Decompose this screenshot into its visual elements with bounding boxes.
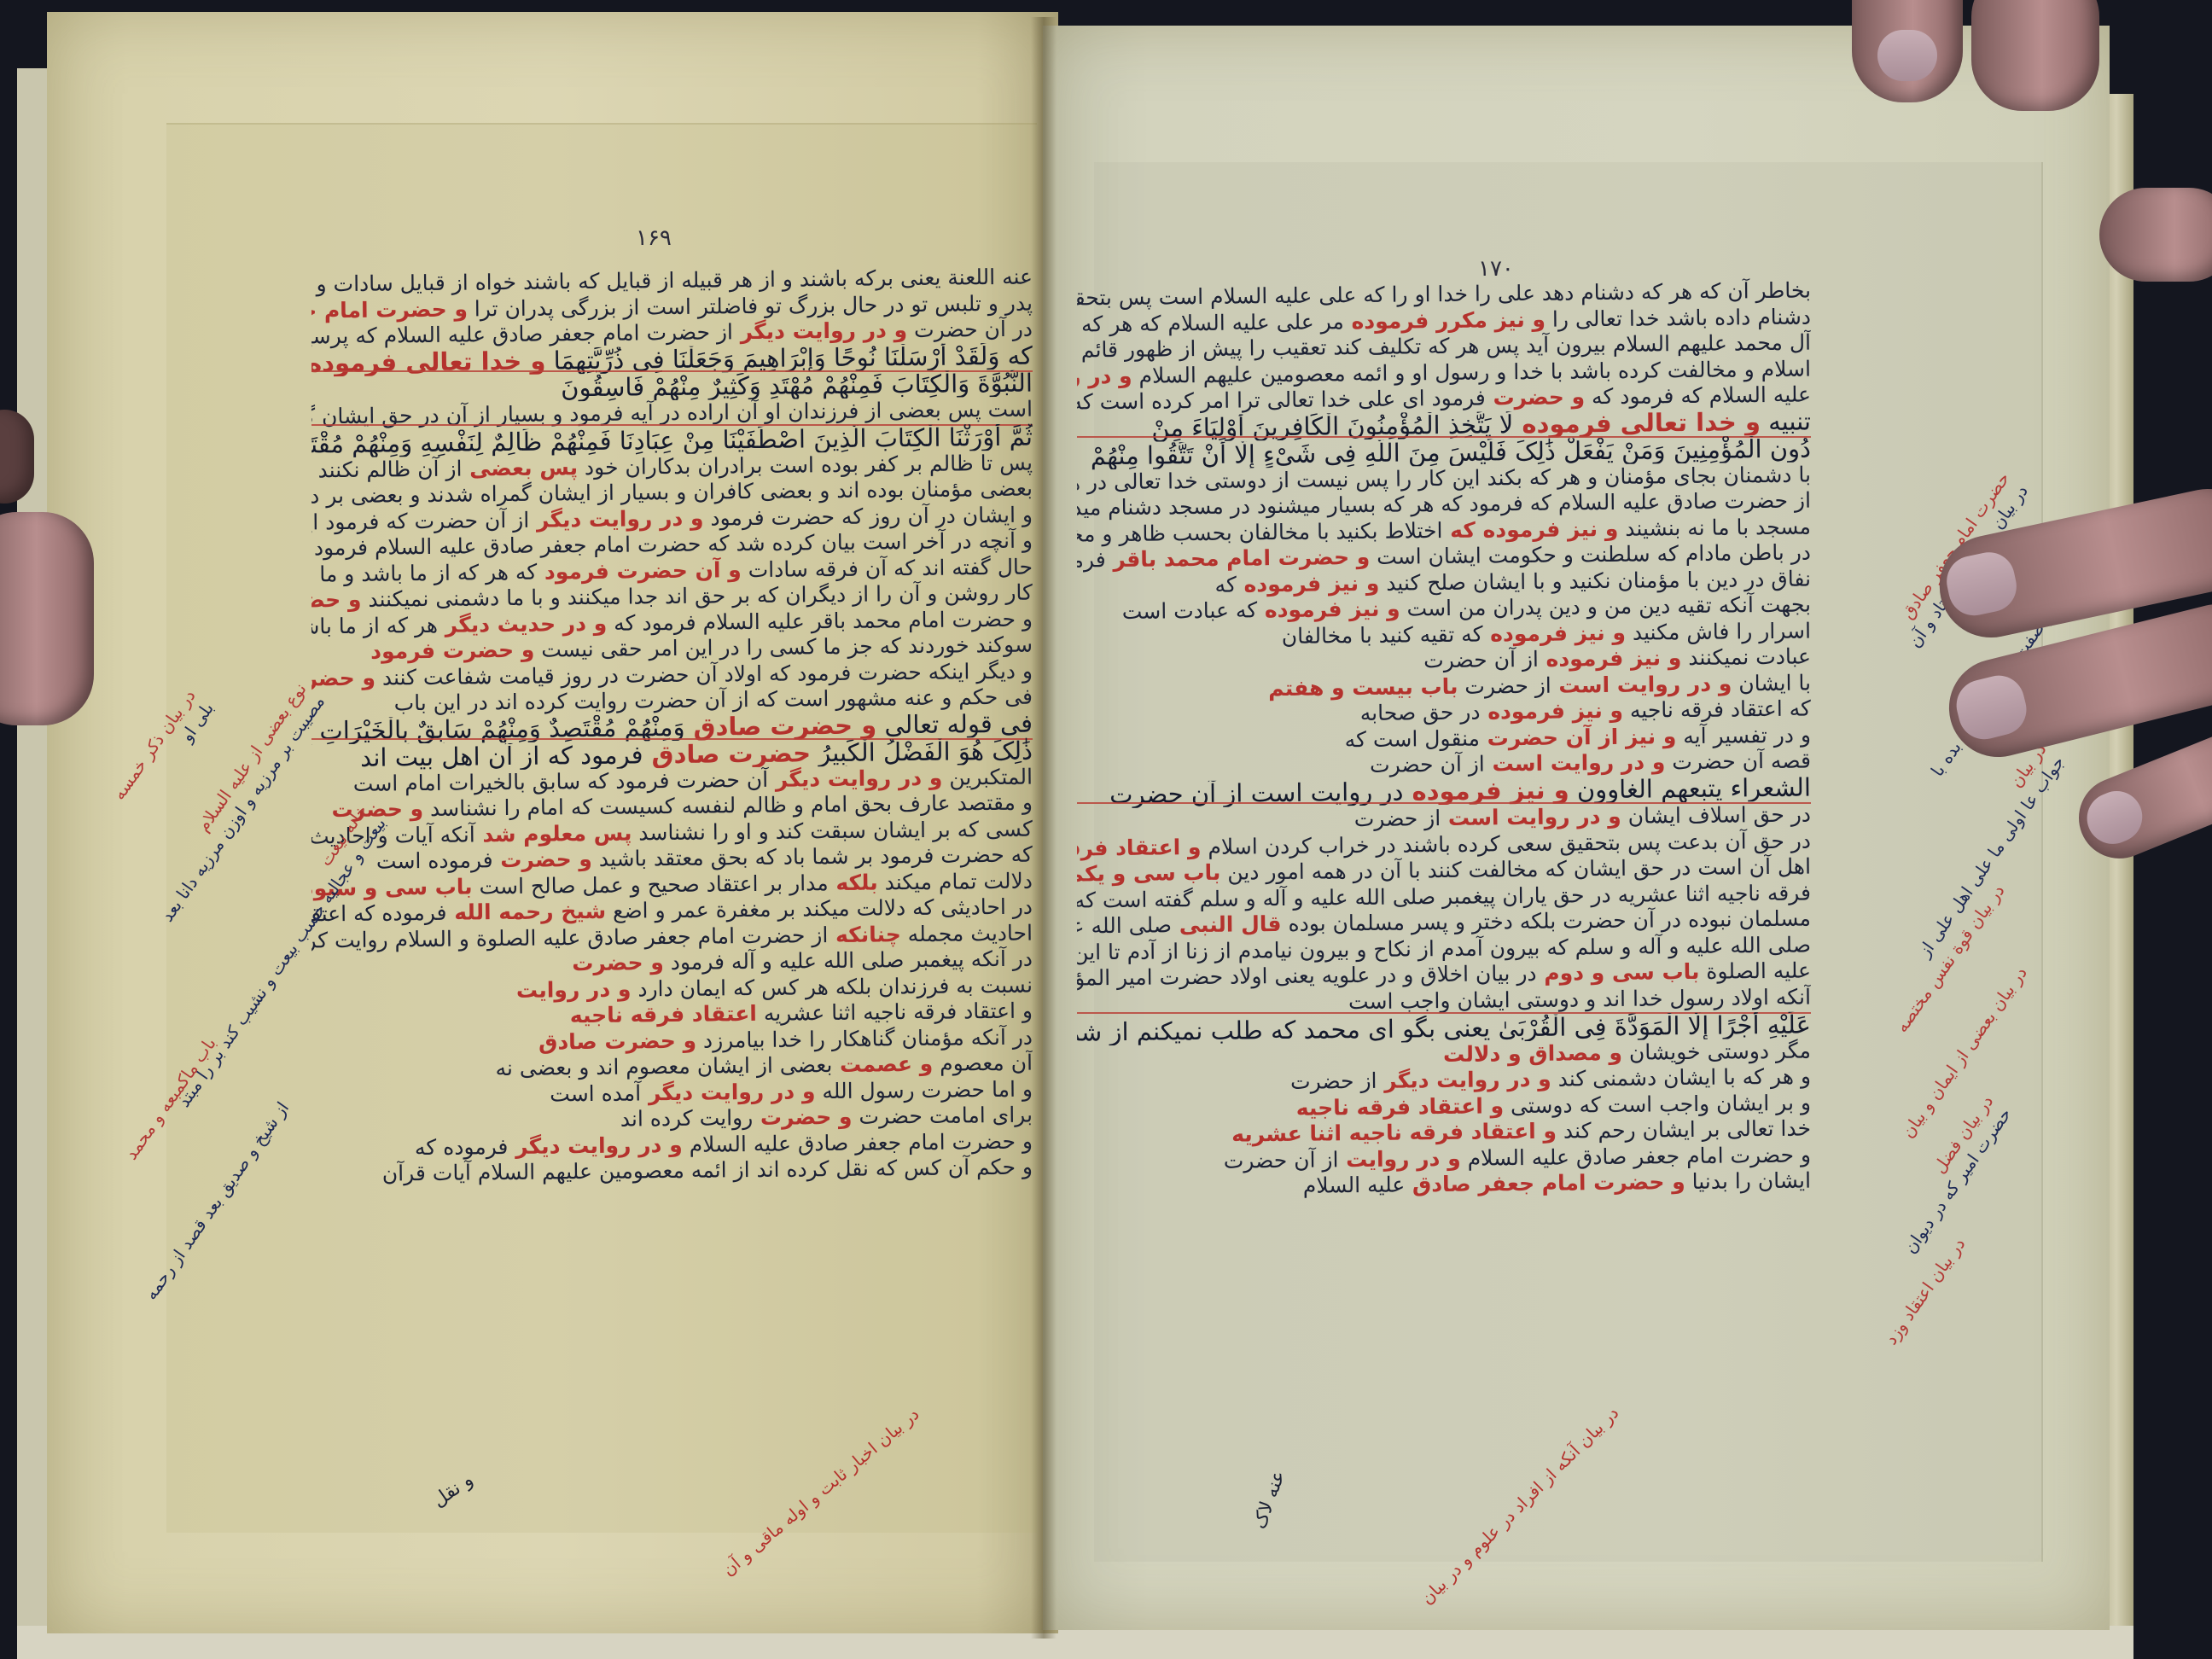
line-text: منقول است که xyxy=(1345,725,1481,752)
red-rubric: اعتقاد فرقه ناجیه xyxy=(570,1001,757,1027)
red-rubric: و اعتقاد فرقه ناجیه xyxy=(1296,1093,1505,1121)
line-text: مدار بر اعتقاد صحیح و عمل صالح است xyxy=(472,870,828,899)
line-text: در حق اسلاف ایشان xyxy=(1621,801,1812,828)
line-text: مگر دوستی خویشان xyxy=(1622,1038,1811,1064)
left-hand-thumb xyxy=(0,512,94,725)
line-text: فرموده که xyxy=(415,1134,509,1160)
manuscript-photo: ۱۶۹ عنه اللعنة یعنی برکه باشند و از هر ق… xyxy=(0,0,2212,1659)
book-gutter xyxy=(1031,17,1057,1639)
fingernail xyxy=(2080,783,2151,852)
line-text: ذَٰلِکَ هُوَ الْفَضْلُ الْکَبِیرُ xyxy=(811,738,1033,768)
line-text: بعضی از ایشان معصوم اند و بعضی نه xyxy=(495,1052,832,1080)
line-text: مسجد با ما نه بنشیند xyxy=(1618,514,1811,540)
line-text: فرمود که از آن اهل بیت اند xyxy=(360,740,643,771)
red-rubric: و نیز فرموده xyxy=(1539,645,1682,672)
right-text-block: بخاطر آن که هر که دشنام دهد علی را خدا ا… xyxy=(1077,282,1811,1468)
red-rubric: و حضرت امام محمد باقر xyxy=(1106,544,1371,572)
line-text: مسلمان نبوده در آن حضرت بلکه دختر و پسر … xyxy=(1281,905,1811,935)
line-text: و بر ایشان واجب است که دوستی xyxy=(1504,1090,1811,1118)
red-rubric: شیخ رحمه الله xyxy=(446,899,606,925)
line-text: و مقتصد عارف بحق امام و ظالم لنفسه کسیست… xyxy=(423,790,1033,821)
line-text: در باطن مادام که سلطنت و حکومت ایشان است xyxy=(1370,539,1811,568)
red-rubric: و در روایت دیگر xyxy=(529,505,704,532)
line-text: هر که از ما باشد بر او لازم است xyxy=(311,612,438,639)
red-rubric: باب بیست و هفتم xyxy=(1268,673,1458,700)
right-page-number: ۱۷۰ xyxy=(1478,256,1514,282)
line-text: که هر که از ما باشد و ما را دوست دارد xyxy=(311,559,538,587)
line-text: از حضرت xyxy=(1290,1068,1377,1094)
red-rubric: و در روایت xyxy=(516,976,632,1002)
red-rubric: و اعتقاد فرقه ناجیه اثنا عشریه xyxy=(1231,1119,1557,1147)
line-text: که عبادت است xyxy=(1122,597,1258,624)
line-text: در آن حضرت xyxy=(907,317,1033,343)
line-text: که تقیه کنید با مخالفان xyxy=(1282,621,1483,648)
line-text: در آنکه پیغمبر صلی الله علیه و آله فرمود xyxy=(664,946,1033,975)
line-text: خدا تعالی بر ایشان رحم کند xyxy=(1557,1115,1811,1143)
red-rubric: و حضرت xyxy=(311,665,375,690)
line-text: نسبت به فرزندان بلکه هر کس که ایمان دارد xyxy=(631,972,1033,1001)
line-text: صلی الله علیه و آله و سلم xyxy=(1077,912,1172,940)
line-text: روایت کرده اند xyxy=(620,1105,754,1132)
line-text: از آن حضرت که فرمود ایشان از آل محمد ص ن… xyxy=(311,507,530,535)
line-text: با ایشان xyxy=(1732,670,1811,696)
line-text: ایشان را بدنیا xyxy=(1685,1167,1812,1194)
red-rubric: و در روایت است xyxy=(1077,363,1132,389)
line-text: قصه آن حضرت xyxy=(1665,748,1811,774)
line-text: آمده است xyxy=(550,1080,641,1106)
fingernail xyxy=(1951,670,2032,744)
line-text: در حق صحابه xyxy=(1360,700,1481,725)
red-rubric: و نیز فرموده xyxy=(1480,698,1623,725)
line-text: از آن حضرت xyxy=(1370,752,1485,777)
line-text: فرموده است xyxy=(376,847,493,873)
red-rubric: باب سی و یکم xyxy=(1077,860,1221,887)
red-rubric: و نیز فرموده xyxy=(1403,775,1569,806)
line-text: در بیان اخلاق و در علویه یعنی اولاد حضرت… xyxy=(1077,961,1537,992)
line-text: آن حضرت فرمود که سابق بالخیرات امام است xyxy=(353,766,769,795)
line-text: دشنام داده باشد خدا تعالی را xyxy=(1545,304,1811,331)
line-text: آن معصوم xyxy=(933,1051,1033,1076)
line-text: نفاق در دین با مؤمنان نکنید و با ایشان ص… xyxy=(1379,566,1811,595)
left-page-number: ۱۶۹ xyxy=(636,225,672,251)
line-text: المتکبرین xyxy=(942,764,1033,789)
red-rubric: و نیز از آن حضرت xyxy=(1480,724,1677,750)
line-text: مر علی علیه السلام که هر که دشنام دهد تر… xyxy=(1077,309,1344,338)
line-text: و ایشان در آن روز که حضرت فرمود xyxy=(703,502,1033,530)
line-text: فرمود که xyxy=(1077,547,1106,573)
red-rubric: و نیز فرموده xyxy=(1237,570,1380,597)
red-rubric: و در روایت دیگر xyxy=(768,765,943,791)
fingernail xyxy=(1877,30,1937,81)
line-text: از آن حضرت xyxy=(1224,1147,1339,1173)
line-text: در احادیثی که دلالت میکند بر مغفرة عمر و… xyxy=(606,894,1033,923)
line-text: از حضرت xyxy=(1458,672,1551,698)
red-rubric: و در روایت است xyxy=(1441,804,1621,830)
line-text: و اما حضرت رسول الله xyxy=(815,1076,1033,1103)
line-text: از آن حضرت xyxy=(1423,647,1539,672)
red-rubric: و حضرت باقر xyxy=(311,587,362,614)
red-rubric: و نیز فرموده xyxy=(1482,620,1626,646)
right-hand-finger-top-1 xyxy=(1852,0,1963,102)
red-rubric: و در روایت است xyxy=(1485,749,1666,776)
line-text: علیه الصلوة xyxy=(1699,958,1811,983)
red-rubric: حضرت صادق xyxy=(643,738,811,769)
red-rubric: پس بعضی xyxy=(462,455,578,480)
line-text: که حضرت فرمود بر شما باد که بحق معتقد با… xyxy=(592,842,1033,871)
line-text: و حضرت امام جعفر صادق علیه السلام xyxy=(683,1128,1033,1156)
red-rubric: و در روایت دیگر xyxy=(641,1079,816,1105)
line-text: حال گفته اند که آن فرقه سادات xyxy=(742,554,1033,582)
red-rubric: و حضرت xyxy=(1486,384,1586,410)
line-text: علیه السلام که فرمود که xyxy=(1585,381,1811,409)
line-text: علیه السلام xyxy=(1303,1172,1406,1197)
line-text: عبادت نمیکنند xyxy=(1681,643,1811,670)
line-text: در آنکه مؤمنان گناهکار را خدا بیامرزد xyxy=(696,1024,1033,1052)
line-text: آنکه اولاد رسول خدا اند و دوستی ایشان وا… xyxy=(1348,984,1811,1014)
red-rubric: قال النبی xyxy=(1172,911,1282,937)
red-rubric: و اعتقاد فرقه ناجیه اثنا عشریه xyxy=(1077,834,1202,861)
line-text: تنبیه xyxy=(1761,408,1811,436)
line-text: از حضرت xyxy=(1354,806,1441,831)
red-rubric: و حضرت صادق xyxy=(684,710,876,741)
left-text-block: عنه اللعنة یعنی برکه باشند و از هر قبیله… xyxy=(311,268,1033,1446)
line-text: الشعراء یتبعهم الغاوون xyxy=(1569,774,1811,804)
line-text: و اعتقاد فرقه ناجیه اثنا عشریه xyxy=(757,998,1033,1026)
right-page: ۱۷۰ بخاطر آن که هر که دشنام دهد علی را خ… xyxy=(1043,26,2110,1630)
red-rubric: و نیز فرموده xyxy=(1257,597,1400,623)
red-rubric: و در روایت دیگر xyxy=(1377,1067,1551,1093)
red-rubric: و عصمت xyxy=(832,1051,933,1077)
red-rubric: باب سی و دوم xyxy=(1536,959,1699,986)
line-text: دلالت تمام میکند xyxy=(878,868,1033,894)
left-page: ۱۶۹ عنه اللعنة یعنی برکه باشند و از هر ق… xyxy=(47,12,1058,1633)
line-text: فرمود ای علی خدا تعالی ترا امر کرده است … xyxy=(1077,385,1486,414)
line-text: که xyxy=(1214,572,1237,597)
line-text: فی قوله تعالی xyxy=(876,710,1033,739)
fingernail xyxy=(1942,548,2022,620)
red-rubric: و در روایت دیگر xyxy=(733,317,908,344)
line-text: برای امامت حضرت xyxy=(852,1103,1033,1129)
line-text: و هر که با ایشان دشمنی کند xyxy=(1551,1063,1812,1091)
line-text: از آن ظالم نکنند و نعوذ بالله و بعضی میا… xyxy=(311,456,463,483)
line-text: و حضرت امام محمد باقر علیه السلام فرمود … xyxy=(607,606,1033,635)
red-rubric: و در حدیث دیگر xyxy=(438,610,607,637)
red-rubric: و در روایت است xyxy=(1551,671,1732,697)
red-rubric: و حضرت xyxy=(572,950,664,975)
line-text: بجهت آنکه تقیه دین من و دین پدران من است xyxy=(1400,591,1811,620)
red-rubric: و حضرت xyxy=(492,847,592,872)
line-text: اهل آن است در حق ایشان که مخالفت کنند با… xyxy=(1220,853,1811,884)
red-rubric: چنانکه xyxy=(828,922,901,947)
red-rubric: و حضرت صادق xyxy=(538,1027,696,1054)
line-text: و حضرت امام جعفر صادق علیه السلام xyxy=(1461,1142,1812,1170)
line-text: پس تا ظالم بر کفر بوده است برادران بدکار… xyxy=(578,450,1033,480)
red-rubric: و حضرت xyxy=(753,1104,853,1130)
line-text: اسرار را فاش مکنید xyxy=(1626,618,1811,644)
line-text: سوکند خوردند که جز ما کسی را در این امر … xyxy=(534,632,1033,662)
book-edge-left xyxy=(17,68,51,1647)
line-text: که اعتقاد فرقه ناجیه xyxy=(1623,696,1811,722)
red-rubric: و نیز مکرر فرموده xyxy=(1344,306,1545,333)
line-text: از حضرت امام جعفر صادق علیه السلام که پر… xyxy=(311,319,733,350)
red-rubric: و نیز فرموده که xyxy=(1442,515,1618,542)
red-rubric: و حضرت امام جعفر صادق xyxy=(1405,1169,1685,1196)
line-text: کسی که بر ایشان سبقت کند و او را نشناسد xyxy=(632,816,1033,845)
red-rubric: و مصداق و دلالت xyxy=(1443,1039,1622,1066)
line-text: احادیث مجمله xyxy=(901,920,1033,946)
red-rubric: بلکه xyxy=(829,870,878,895)
red-rubric: و آن حضرت فرمود xyxy=(537,557,742,585)
line-text: و در تفسیر آیه xyxy=(1676,722,1811,748)
line-text: اختلاط بکنید با مخالفان بحسب ظاهر و مخال… xyxy=(1077,518,1443,548)
red-rubric: و در روایت دیگر xyxy=(508,1132,683,1158)
left-hand-fingertip xyxy=(0,410,34,504)
red-rubric: و حضرت فرمود xyxy=(370,637,534,664)
red-rubric: پس معلوم شد xyxy=(475,820,632,847)
red-rubric: و حضرت امام جعفر صادق xyxy=(311,296,468,323)
red-rubric: و در روایت xyxy=(1338,1145,1461,1171)
right-hand-finger-top-3 xyxy=(2099,188,2212,282)
red-rubric: و خدا تعالی فرموده xyxy=(1513,408,1761,439)
right-hand-finger-top-2 xyxy=(1971,0,2099,111)
